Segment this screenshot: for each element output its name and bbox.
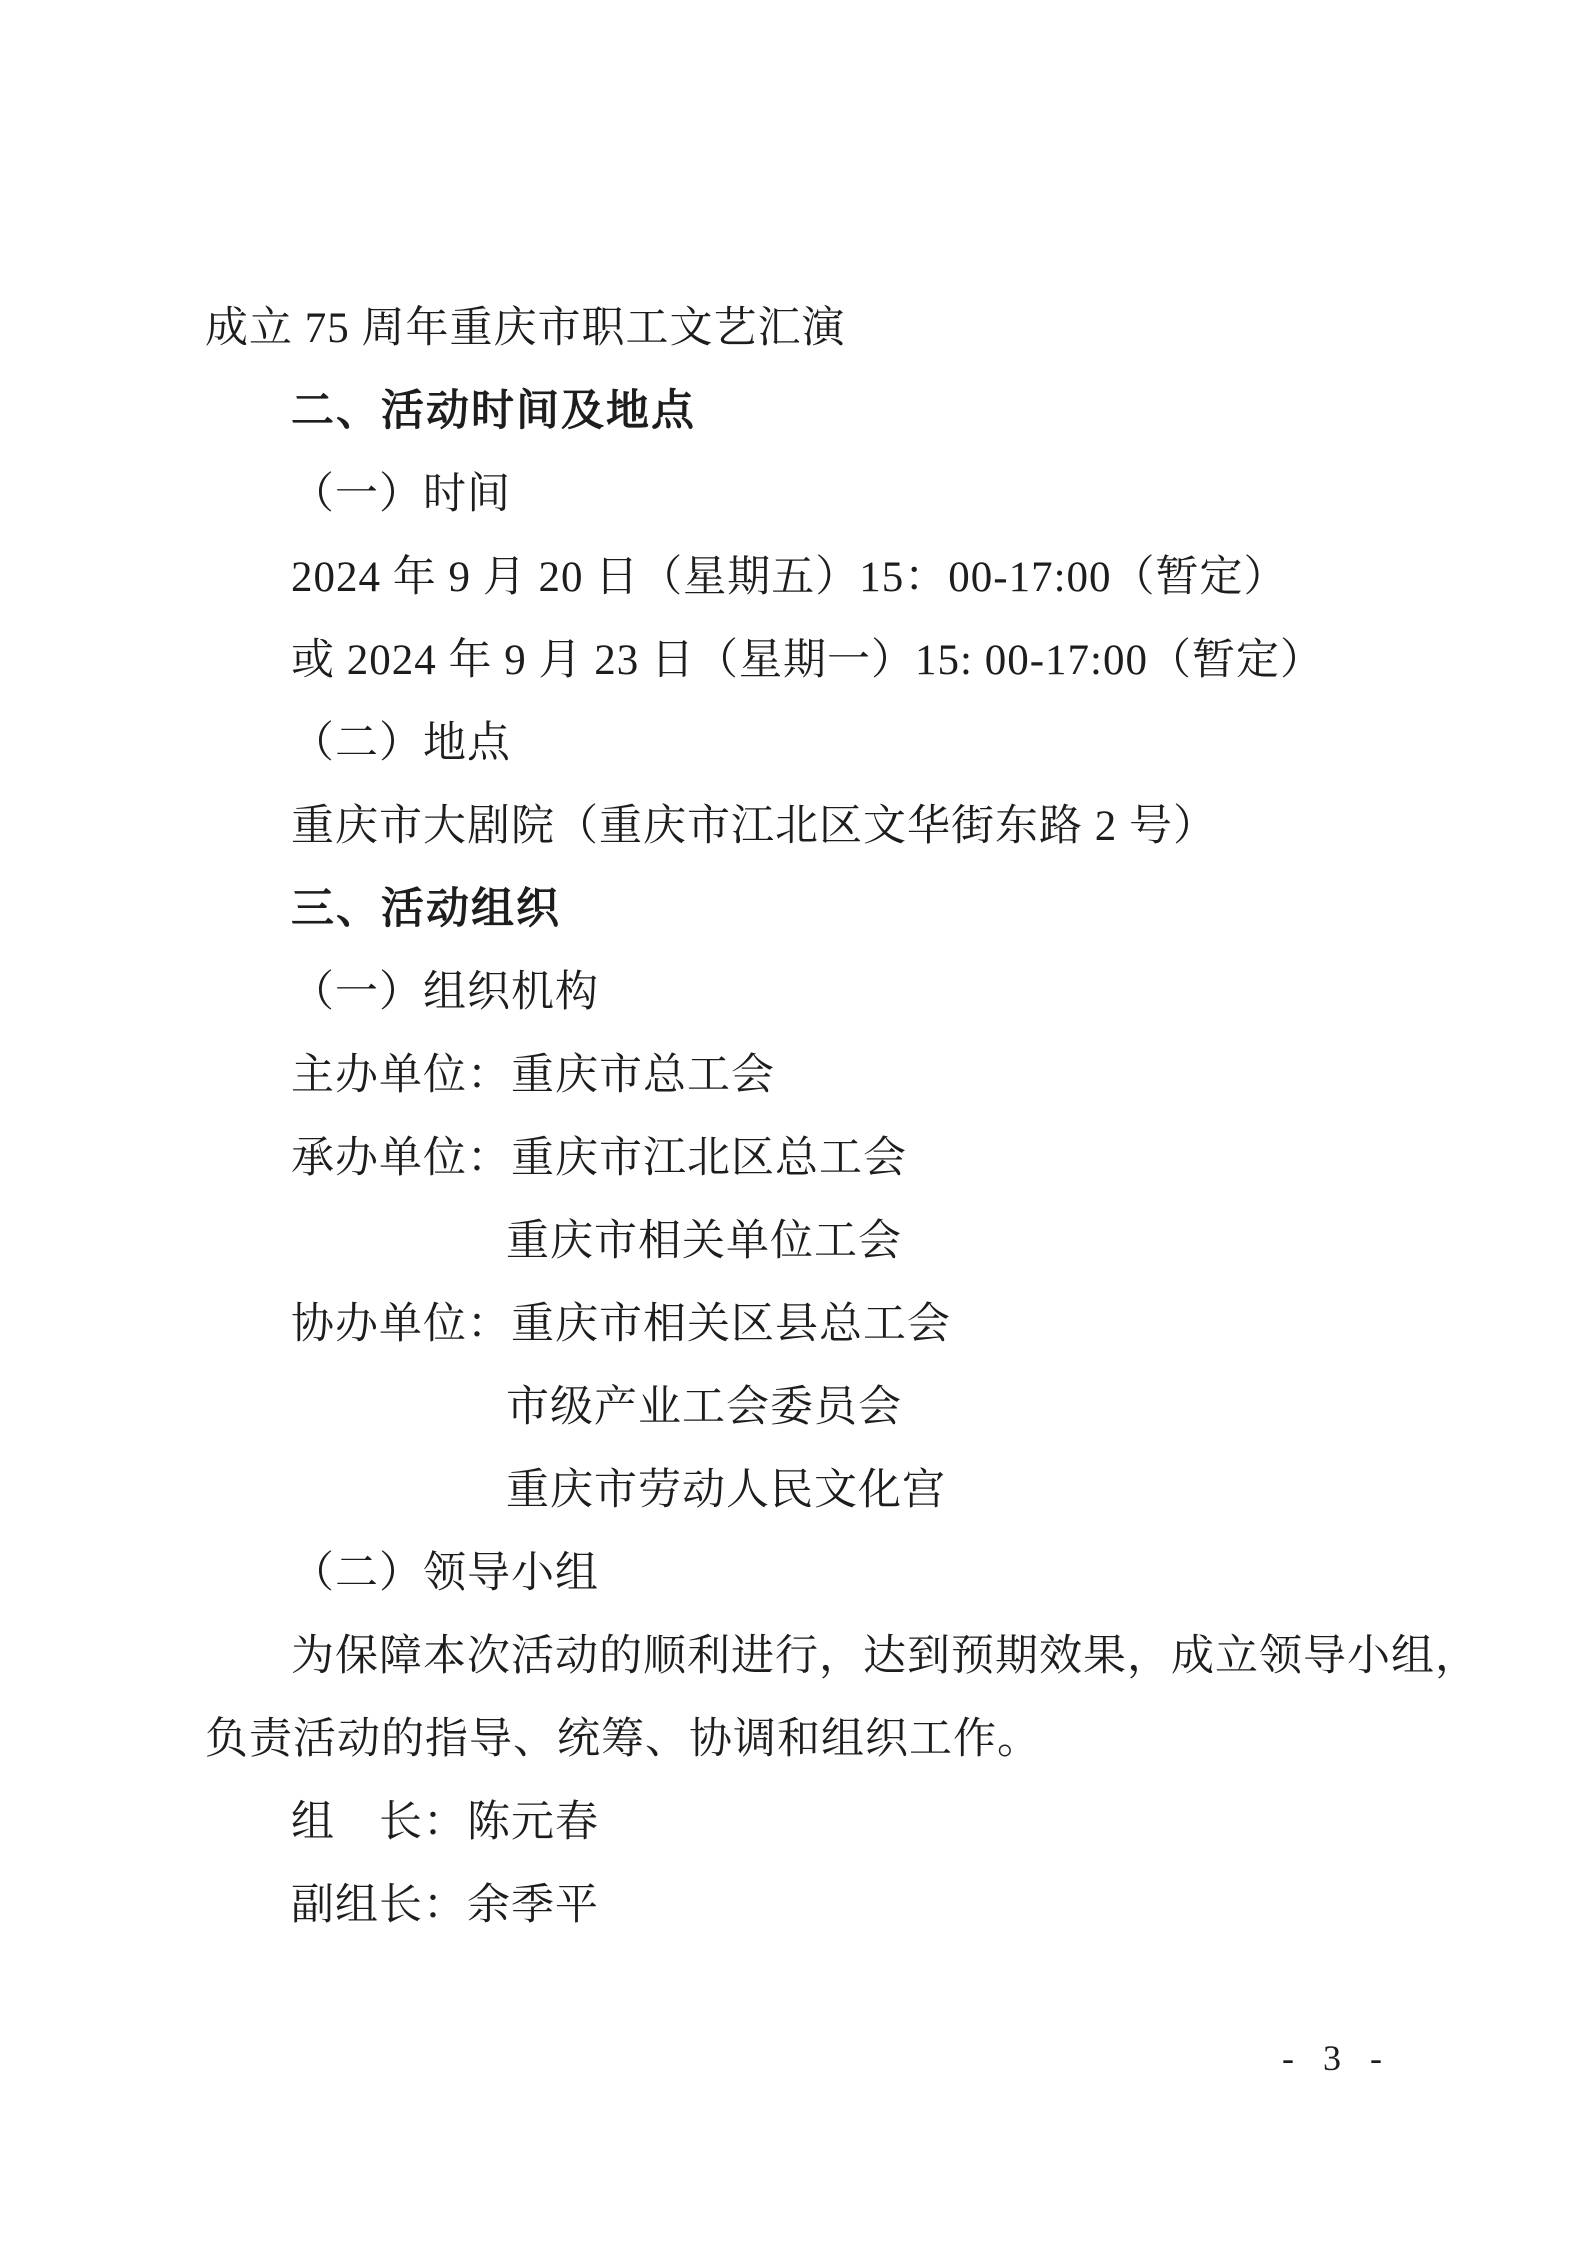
undertaker-line: 承办单位：重庆市江北区总工会 <box>205 1117 1535 1200</box>
undertaker-line-2: 重庆市相关单位工会 <box>205 1200 1535 1283</box>
leading-group-para-line-1: 为保障本次活动的顺利进行，达到预期效果，成立领导小组， <box>205 1615 1535 1698</box>
time-option-1: 2024 年 9 月 20 日（星期五）15：00-17:00（暂定） <box>205 536 1535 619</box>
leading-group-para-line-2: 负责活动的指导、统筹、协调和组织工作。 <box>205 1698 1535 1781</box>
time-option-2: 或 2024 年 9 月 23 日（星期一）15: 00-17:00（暂定） <box>205 619 1535 702</box>
deputy-leader-line: 副组长：余季平 <box>205 1864 1535 1947</box>
document-body: 成立 75 周年重庆市职工文艺汇演 二、活动时间及地点 （一）时间 2024 年… <box>205 287 1535 1947</box>
co-organizer-line-3: 重庆市劳动人民文化宫 <box>205 1449 1535 1532</box>
organizer-line: 主办单位：重庆市总工会 <box>205 1034 1535 1117</box>
group-leader-line: 组 长：陈元春 <box>205 1781 1535 1864</box>
co-organizer-line-2: 市级产业工会委员会 <box>205 1366 1535 1449</box>
document-page: 成立 75 周年重庆市职工文艺汇演 二、活动时间及地点 （一）时间 2024 年… <box>0 0 1586 2245</box>
item-leading-group-label: （二）领导小组 <box>205 1532 1535 1615</box>
page-number: - 3 - <box>1282 2038 1392 2078</box>
co-organizer-line: 协办单位：重庆市相关区县总工会 <box>205 1283 1535 1366</box>
doc-line-title-continuation: 成立 75 周年重庆市职工文艺汇演 <box>205 287 1535 370</box>
item-org-structure-label: （一）组织机构 <box>205 951 1535 1034</box>
section-2-heading: 二、活动时间及地点 <box>205 370 1535 453</box>
place-line: 重庆市大剧院（重庆市江北区文华街东路 2 号） <box>205 785 1535 868</box>
section-3-heading: 三、活动组织 <box>205 868 1535 951</box>
item-time-label: （一）时间 <box>205 453 1535 536</box>
item-place-label: （二）地点 <box>205 702 1535 785</box>
